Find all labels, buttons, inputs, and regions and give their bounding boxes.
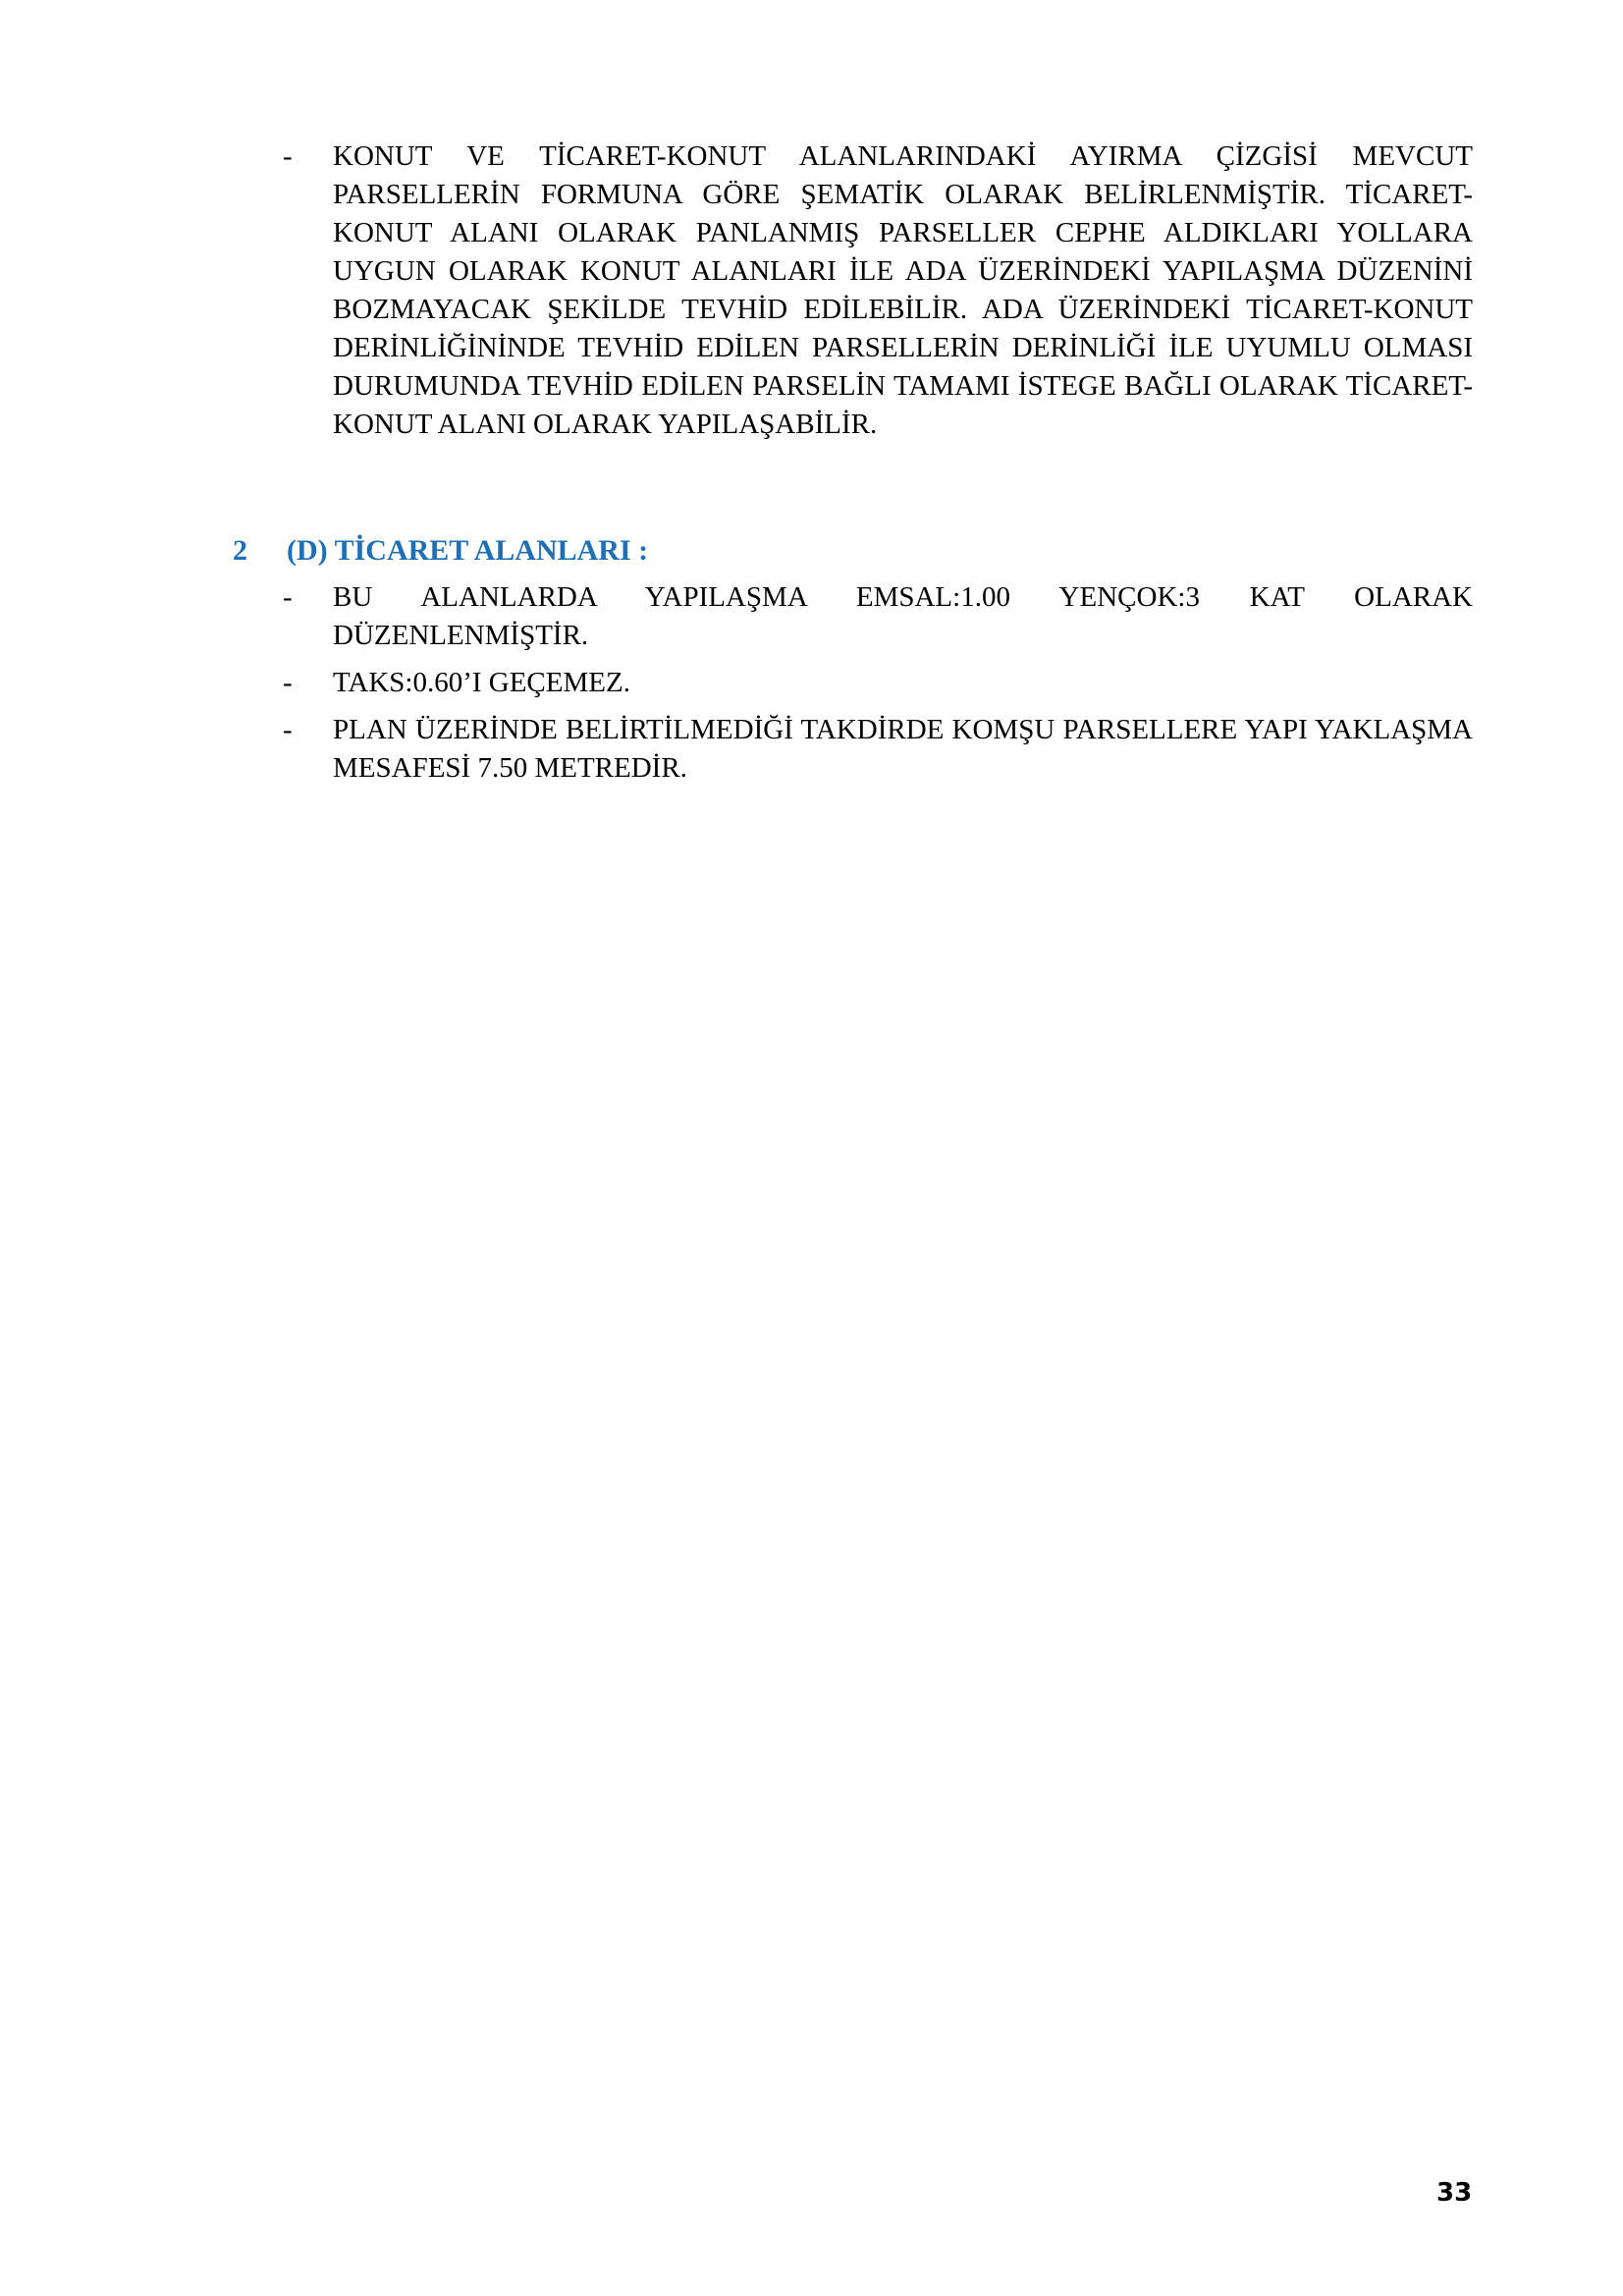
document-page: - KONUT VE TİCARET-KONUT ALANLARINDAKİ A… [0, 0, 1623, 2296]
list-item: - BU ALANLARDA YAPILAŞMA EMSAL:1.00 YENÇ… [283, 578, 1473, 655]
bullet-marker: - [283, 137, 293, 176]
list-item: - TAKS:0.60’I GEÇEMEZ. [283, 664, 1473, 702]
list-item: - PLAN ÜZERİNDE BELİRTİLMEDİĞİ TAKDİRDE … [283, 711, 1473, 788]
section-heading: 2(D) TİCARET ALANLARI : [233, 532, 648, 570]
section-title: (D) TİCARET ALANLARI : [287, 534, 648, 567]
list-item: - KONUT VE TİCARET-KONUT ALANLARINDAKİ A… [283, 137, 1473, 444]
bullet-marker: - [283, 578, 293, 617]
bullet-marker: - [283, 711, 293, 749]
bullet-marker: - [283, 664, 293, 702]
bullet-text: TAKS:0.60’I GEÇEMEZ. [333, 664, 1473, 702]
page-number: 33 [1436, 2178, 1472, 2208]
bullet-text: KONUT VE TİCARET-KONUT ALANLARINDAKİ AYI… [333, 137, 1473, 444]
bullet-text: BU ALANLARDA YAPILAŞMA EMSAL:1.00 YENÇOK… [333, 578, 1473, 655]
section-number: 2 [233, 532, 287, 570]
bullet-text: PLAN ÜZERİNDE BELİRTİLMEDİĞİ TAKDİRDE KO… [333, 711, 1473, 788]
